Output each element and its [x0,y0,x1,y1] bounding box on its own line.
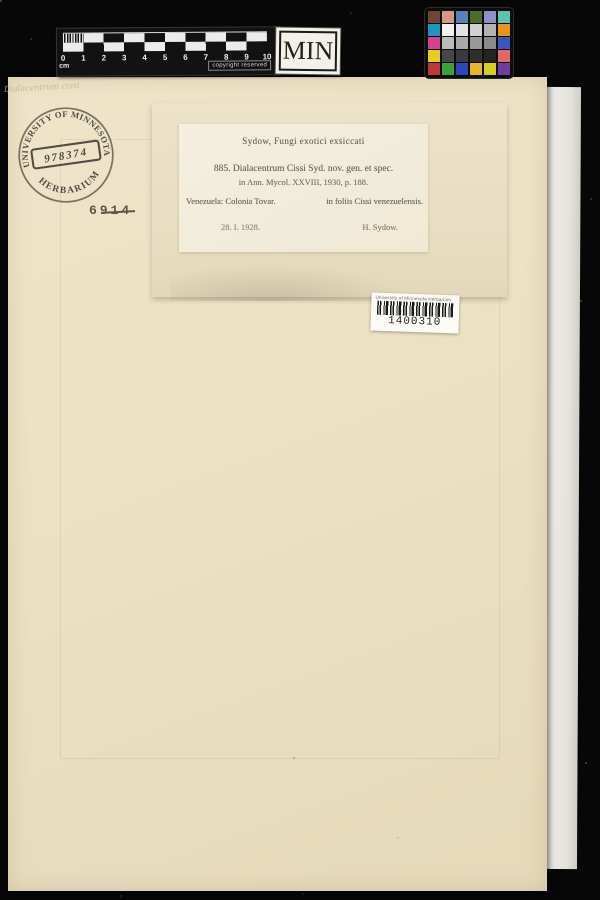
institution-code-card: MIN [276,28,341,75]
label-locality: Venezuela: Colonia Tovar. [186,196,276,206]
ruler-unit-label: cm [59,63,69,70]
ruler-tick-label: 2 [102,53,107,62]
color-patch [498,11,510,23]
color-patch [456,63,468,75]
color-patch [484,24,496,36]
barcode-sticker: University of Minnesota Herbarium 140031… [370,292,459,333]
color-patch [498,50,510,62]
color-patch [498,24,510,36]
printed-label: Sydow, Fungi exotici exsiccati 885. Dial… [179,124,428,252]
color-patch [456,11,468,23]
ruler-checker-pattern [63,31,267,51]
label-series-title: Sydow, Fungi exotici exsiccati [179,136,428,146]
label-collection-date: 28. I. 1928. [221,222,260,232]
color-patch [428,50,440,62]
color-patch [428,24,440,36]
specimen-packet: Sydow, Fungi exotici exsiccati 885. Dial… [152,103,507,297]
ruler-tick-label: 5 [163,53,168,62]
color-calibration-chart [424,7,514,79]
label-species-name: 885. Dialacentrum Cissi Syd. nov. gen. e… [179,164,428,174]
stamp-arc-bottom-text: HERBARIUM [35,168,104,201]
color-patch [470,63,482,75]
color-patch [484,11,496,23]
color-patch [484,63,496,75]
ruler-tick-label: 4 [142,53,147,62]
color-patch [442,37,454,49]
ruler-tick-label: 1 [81,54,86,63]
color-patch [442,63,454,75]
color-patch [456,37,468,49]
label-collector: H. Sydow. [362,222,398,232]
color-patch [428,63,440,75]
old-accession-number: 6914 [89,203,132,218]
color-patch [470,24,482,36]
barcode-number: 1400310 [374,315,454,331]
paper-speck [293,757,295,759]
color-patch [456,50,468,62]
ruler-tick-label: 0 [61,54,66,63]
color-patch [456,24,468,36]
ruler-copyright-text: copyright reserved [208,60,271,70]
color-patch [428,11,440,23]
paper-speck [397,837,399,839]
label-substrate: in foliis Cissi venezuelensis. [326,196,423,206]
color-patch [498,63,510,75]
color-patch [470,11,482,23]
color-patch [428,37,440,49]
color-patch [470,37,482,49]
stamp-graphic: UNIVERSITY OF MINNESOTA HERBARIUM 978374 [7,96,124,213]
ruler-tick-label: 6 [183,53,188,62]
ruler-tick-label: 3 [122,53,127,62]
color-patch [484,50,496,62]
color-patch [442,50,454,62]
color-patch [442,24,454,36]
color-patch [484,37,496,49]
color-patch [470,50,482,62]
herbarium-stamp: UNIVERSITY OF MINNESOTA HERBARIUM 978374 [7,96,124,213]
backing-sheet-edge [542,87,581,869]
color-patch [442,11,454,23]
label-citation: in Ann. Mycol. XXVIII, 1930, p. 188. [179,177,428,187]
institution-code-label: MIN [279,31,338,72]
color-chart-grid [428,11,510,75]
scale-ruler: cm 012345678910 copyright reserved [57,27,279,76]
color-patch [498,37,510,49]
ruler-mm-ticks [63,34,83,43]
